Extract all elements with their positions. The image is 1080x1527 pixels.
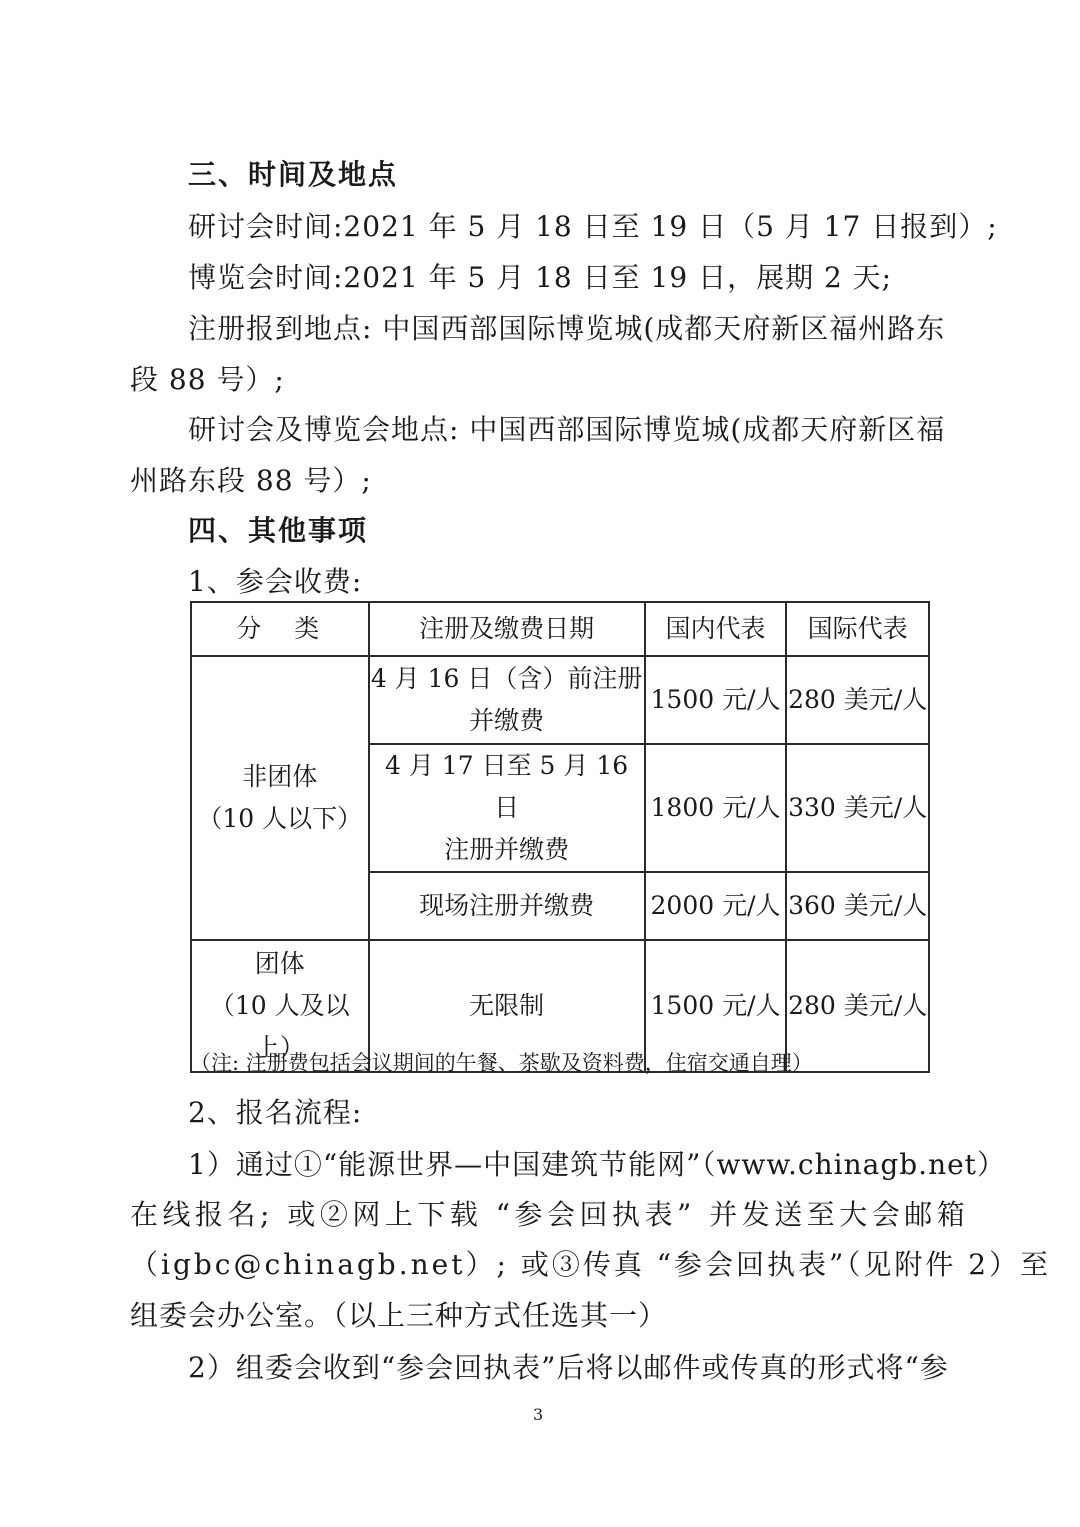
- registration-place: 注册报到地点: 中国西部国际博览城(成都天府新区福州路东: [188, 309, 945, 349]
- step1-line3: （igbc@chinagb.net）; 或③传真 “参会回执表”（见附件 2）至: [130, 1245, 1051, 1285]
- process-title: 2、报名流程:: [188, 1093, 362, 1133]
- date-cell: 4 月 16 日（含）前注册 并缴费: [369, 656, 645, 744]
- domestic-fee: 1800 元/人: [645, 744, 787, 872]
- domestic-fee: 2000 元/人: [645, 872, 787, 940]
- step1-line1: 1）通过①“能源世界—中国建筑节能网”（www.chinagb.net）: [188, 1145, 1006, 1185]
- category-non-group: 非团体 （10 人以下）: [191, 656, 369, 940]
- expo-time: 博览会时间:2021 年 5 月 18 日至 19 日，展期 2 天;: [188, 258, 892, 298]
- header-category: 分 类: [191, 602, 369, 656]
- date-cell: 现场注册并缴费: [369, 872, 645, 940]
- international-fee: 330 美元/人: [786, 744, 929, 872]
- header-date: 注册及缴费日期: [369, 602, 645, 656]
- fee-note: （注: 注册费包括会议期间的午餐、茶歇及资料费，住宿交通自理）: [190, 1048, 813, 1078]
- domestic-fee: 1500 元/人: [645, 656, 787, 744]
- step1-line2: 在线报名; 或②网上下载 “参会回执表” 并发送至大会邮箱: [130, 1195, 969, 1235]
- fee-table: 分 类 注册及缴费日期 国内代表 国际代表 非团体 （10 人以下） 4 月 1…: [190, 601, 930, 1073]
- registration-place-cont: 段 88 号）;: [130, 360, 285, 400]
- table-header-row: 分 类 注册及缴费日期 国内代表 国际代表: [191, 602, 929, 656]
- seminar-time: 研讨会时间:2021 年 5 月 18 日至 19 日（5 月 17 日报到）;: [188, 207, 998, 247]
- international-fee: 280 美元/人: [786, 656, 929, 744]
- venue: 研讨会及博览会地点: 中国西部国际博览城(成都天府新区福: [188, 410, 945, 450]
- section-heading-time-place: 三、时间及地点: [188, 155, 398, 195]
- fees-title: 1、参会收费:: [188, 562, 362, 602]
- step1-line4: 组委会办公室。（以上三种方式任选其一）: [130, 1296, 667, 1336]
- table-row: 非团体 （10 人以下） 4 月 16 日（含）前注册 并缴费 1500 元/人…: [191, 656, 929, 744]
- international-fee: 360 美元/人: [786, 872, 929, 940]
- header-international: 国际代表: [786, 602, 929, 656]
- page-number: 3: [533, 1405, 543, 1424]
- date-cell: 4 月 17 日至 5 月 16 日 注册并缴费: [369, 744, 645, 872]
- header-domestic: 国内代表: [645, 602, 787, 656]
- step2-line1: 2）组委会收到“参会回执表”后将以邮件或传真的形式将“参: [188, 1348, 949, 1388]
- venue-cont: 州路东段 88 号）;: [130, 461, 372, 501]
- section-heading-other: 四、其他事项: [188, 511, 368, 551]
